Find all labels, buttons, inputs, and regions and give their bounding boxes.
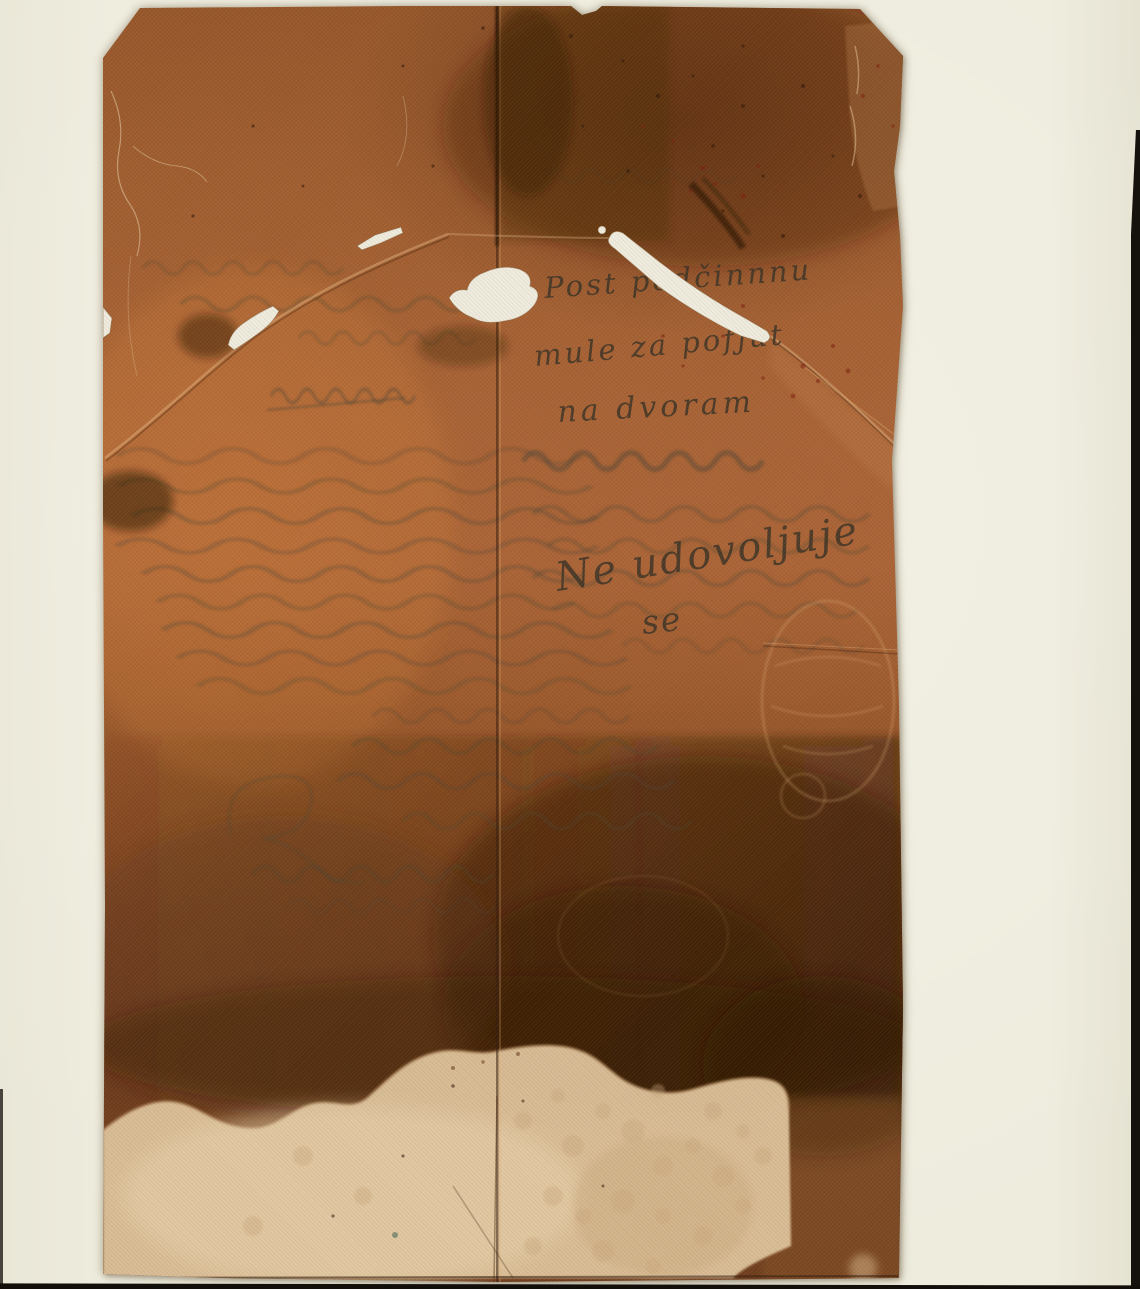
- annotation-upper-line3: na dvoram: [557, 385, 756, 430]
- scanner-edge-bottom: [0, 1281, 1140, 1289]
- paper-wrap: Post podčinnnu mule za pofjut na dvoram …: [103, 6, 903, 1282]
- annotation-decision-line1: Ne udovoljuje: [551, 507, 862, 601]
- tear-hole-upper: [357, 227, 403, 250]
- scanner-edge-right: [1131, 130, 1140, 1289]
- edge-nick: [103, 307, 112, 338]
- page-artwork: Post podčinnnu mule za pofjut na dvoram …: [103, 6, 903, 1282]
- document-scan: Post podčinnnu mule za pofjut na dvoram …: [0, 0, 1140, 1289]
- scanner-edge-left: [0, 1089, 3, 1289]
- annotation-decision-line2: se: [640, 599, 684, 642]
- document-page: Post podčinnnu mule za pofjut na dvoram …: [103, 6, 903, 1282]
- tear-hole-center: [449, 267, 538, 322]
- green-speck: [392, 1232, 398, 1238]
